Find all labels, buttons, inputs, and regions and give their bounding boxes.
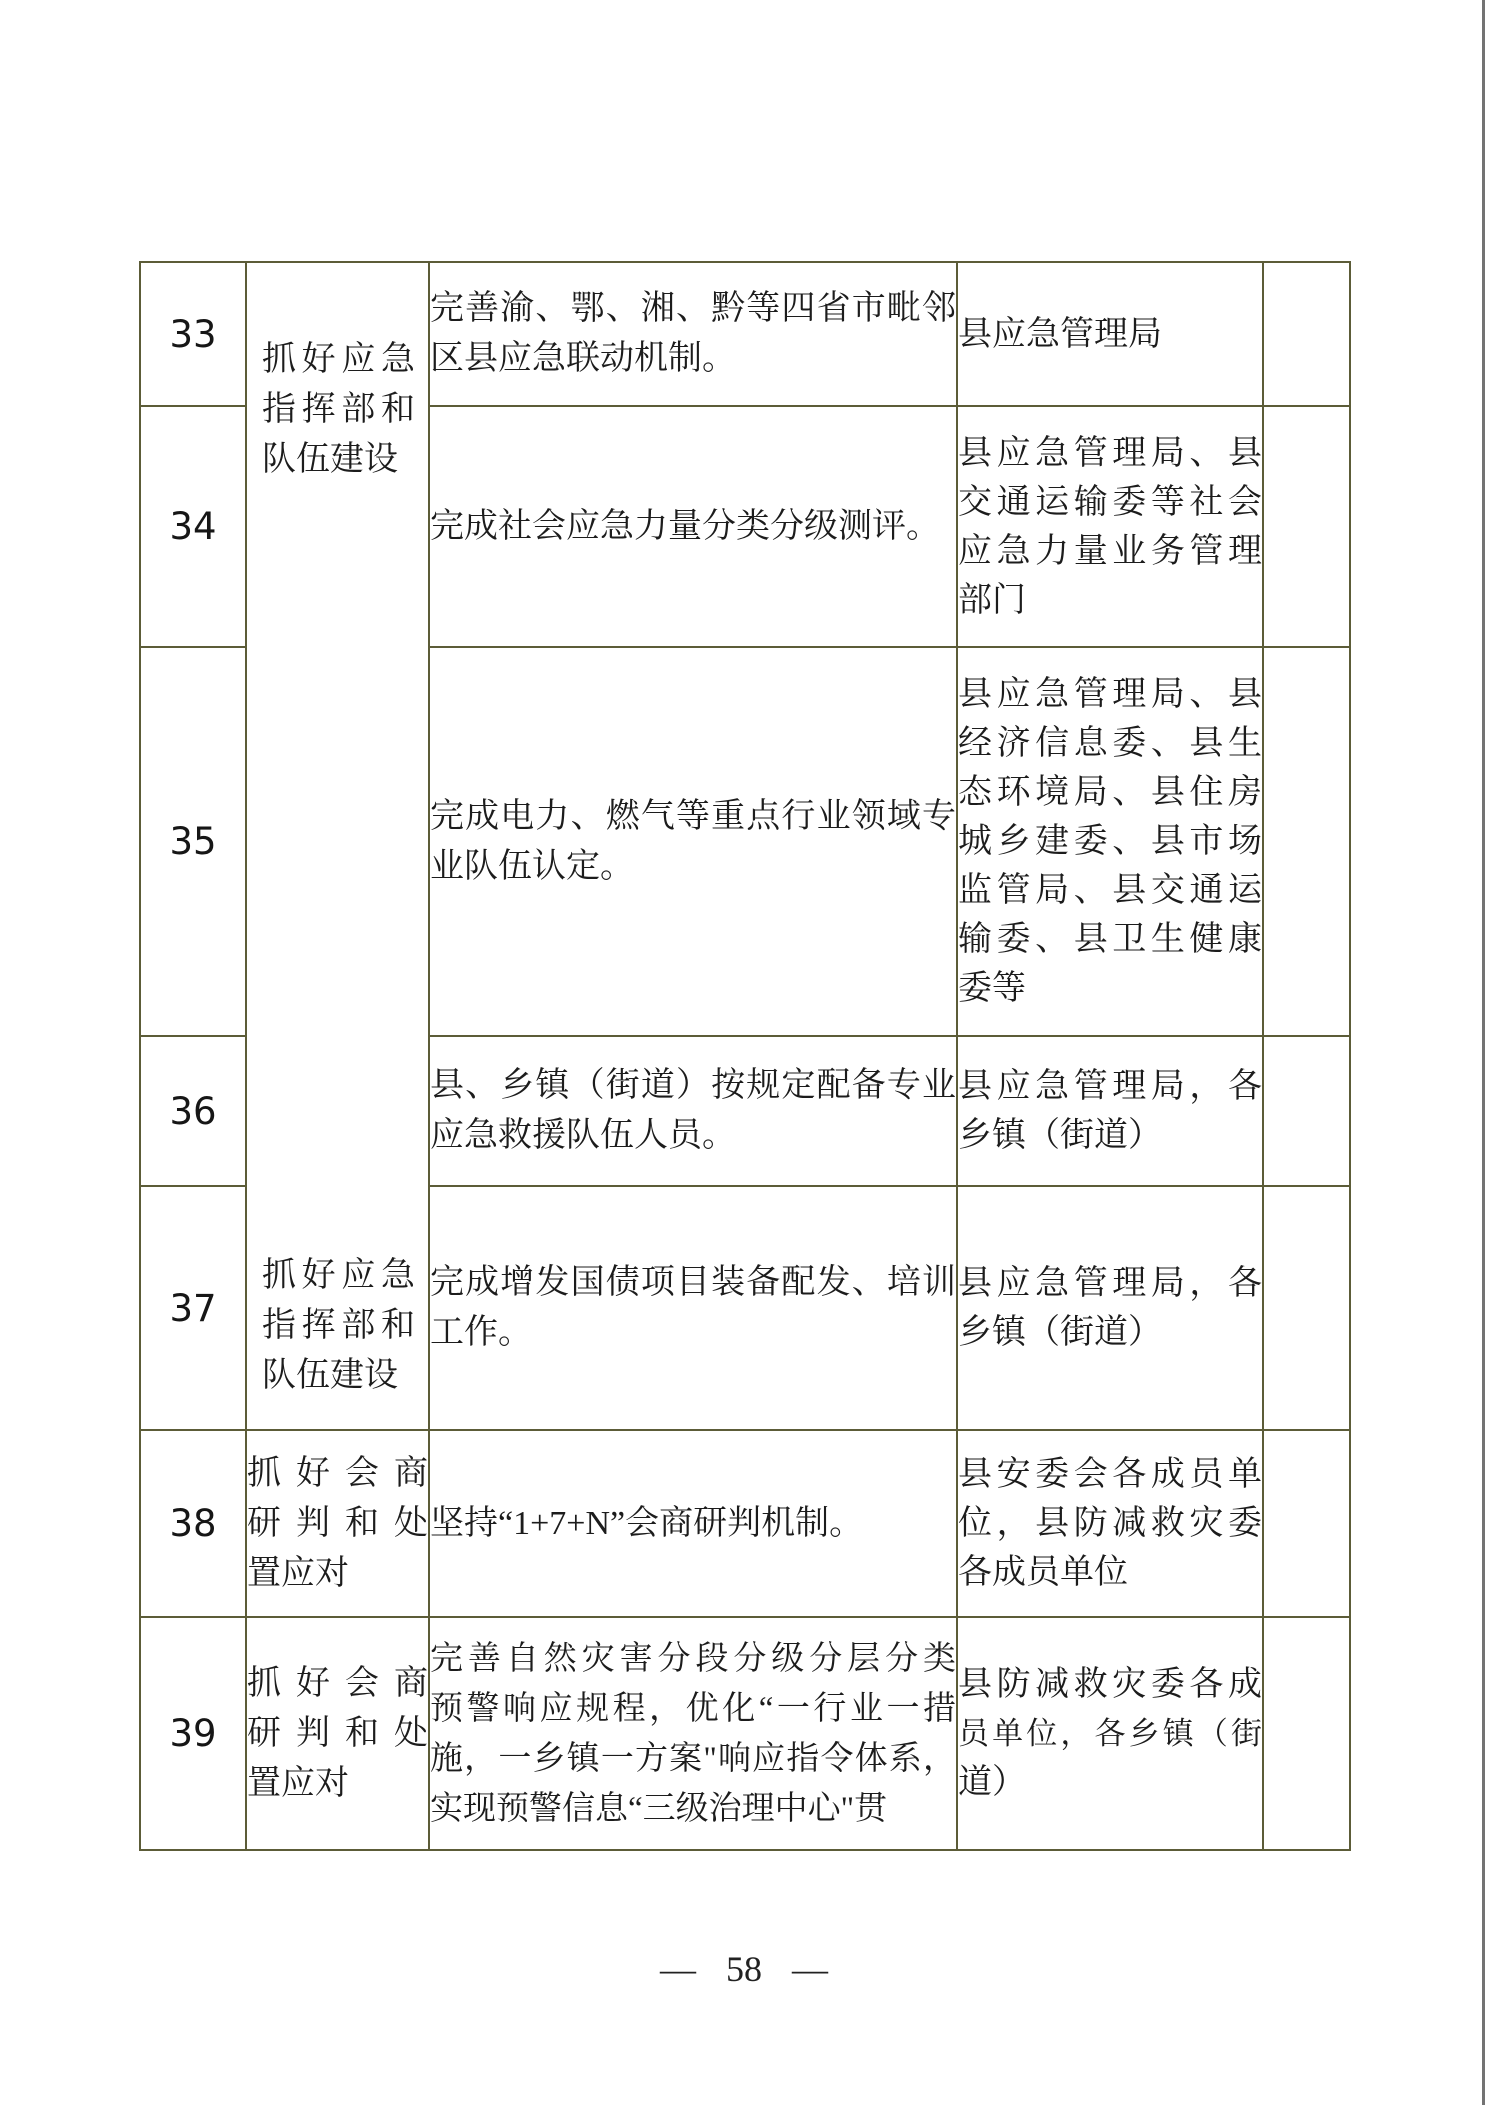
- task-cell: 坚持“1+7+N”会商研判机制。: [429, 1430, 957, 1617]
- serial-number: 34: [140, 406, 246, 647]
- responsible-line: 县应急管理局，各: [958, 1259, 1262, 1308]
- page-number: 58: [726, 1948, 762, 1990]
- responsible-line: 县应急管理局、县: [958, 429, 1262, 478]
- category-line: 指挥部和: [262, 385, 415, 435]
- task-cell: 完成增发国债项目装备配发、培训 工作。: [429, 1186, 957, 1430]
- document-page: 33 抓好应急 指挥部和 队伍建设 抓好应急 指挥部和 队伍建设 完善渝、鄂、湘…: [0, 0, 1488, 2105]
- remark-cell: [1263, 1617, 1350, 1850]
- category-cell-merged: 抓好应急 指挥部和 队伍建设 抓好应急 指挥部和 队伍建设: [246, 262, 429, 1430]
- responsible-line: 县应急管理局: [958, 310, 1262, 359]
- task-line: 预警响应规程，优化“一行业一措: [430, 1684, 956, 1734]
- remark-cell: [1263, 647, 1350, 1036]
- task-cell: 完成电力、燃气等重点行业领域专 业队伍认定。: [429, 647, 957, 1036]
- category-line: 队伍建设: [262, 435, 415, 485]
- responsible-line: 位，县防减救灾委: [958, 1499, 1262, 1548]
- responsible-line: 道）: [958, 1758, 1262, 1807]
- remark-cell: [1263, 1430, 1350, 1617]
- responsible-line: 应急力量业务管理: [958, 527, 1262, 576]
- responsible-cell: 县应急管理局、县 交通运输委等社会 应急力量业务管理 部门: [957, 406, 1263, 647]
- task-cell: 县、乡镇（街道）按规定配备专业 应急救援队伍人员。: [429, 1036, 957, 1186]
- task-assignment-table: 33 抓好应急 指挥部和 队伍建设 抓好应急 指挥部和 队伍建设 完善渝、鄂、湘…: [139, 261, 1351, 1851]
- category-line: 抓好应急: [262, 1251, 415, 1301]
- table-row-38: 38 抓好会商 研判和处 置应对 坚持“1+7+N”会商研判机制。 县安委会各成…: [140, 1430, 1350, 1617]
- task-line: 完成社会应急力量分类分级测评。: [430, 502, 956, 552]
- responsible-line: 输委、县卫生健康: [958, 915, 1262, 964]
- category-line: 抓好会商: [247, 1449, 428, 1499]
- category-line: 抓好会商: [247, 1659, 428, 1709]
- responsible-line: 部门: [958, 576, 1262, 625]
- category-text-top: 抓好应急 指挥部和 队伍建设: [262, 335, 415, 485]
- scan-edge-line: [1482, 0, 1485, 2105]
- task-cell: 完善自然灾害分段分级分层分类 预警响应规程，优化“一行业一措 施，一乡镇一方案"…: [429, 1617, 957, 1850]
- category-line: 研判和处: [247, 1499, 428, 1549]
- responsible-line: 城乡建委、县市场: [958, 817, 1262, 866]
- responsible-line: 县应急管理局，各: [958, 1062, 1262, 1111]
- responsible-cell: 县应急管理局、县 经济信息委、县生 态环境局、县住房 城乡建委、县市场 监管局、…: [957, 647, 1263, 1036]
- responsible-cell: 县应急管理局: [957, 262, 1263, 406]
- category-line: 置应对: [247, 1549, 428, 1599]
- footer-dash-left: —: [660, 1948, 696, 1990]
- responsible-line: 交通运输委等社会: [958, 478, 1262, 527]
- serial-number: 39: [140, 1617, 246, 1850]
- task-line: 业队伍认定。: [430, 842, 956, 892]
- category-line: 抓好应急: [262, 335, 415, 385]
- task-line: 应急救援队伍人员。: [430, 1111, 956, 1161]
- responsible-line: 乡镇（街道）: [958, 1308, 1262, 1357]
- task-line: 完善渝、鄂、湘、黔等四省市毗邻: [430, 284, 956, 334]
- responsible-line: 态环境局、县住房: [958, 768, 1262, 817]
- task-line: 完成增发国债项目装备配发、培训: [430, 1258, 956, 1308]
- category-line: 指挥部和: [262, 1301, 415, 1351]
- page-footer: — 58 —: [0, 1948, 1488, 1990]
- responsible-line: 监管局、县交通运: [958, 866, 1262, 915]
- category-line: 置应对: [247, 1759, 428, 1809]
- table-row-33: 33 抓好应急 指挥部和 队伍建设 抓好应急 指挥部和 队伍建设 完善渝、鄂、湘…: [140, 262, 1350, 406]
- serial-number: 38: [140, 1430, 246, 1617]
- category-line: 研判和处: [247, 1709, 428, 1759]
- responsible-line: 县应急管理局、县: [958, 670, 1262, 719]
- remark-cell: [1263, 406, 1350, 647]
- task-line: 工作。: [430, 1308, 956, 1358]
- task-line: 实现预警信息“三级治理中心"贯: [430, 1784, 956, 1834]
- responsible-line: 县安委会各成员单: [958, 1450, 1262, 1499]
- remark-cell: [1263, 262, 1350, 406]
- remark-cell: [1263, 1186, 1350, 1430]
- category-cell: 抓好会商 研判和处 置应对: [246, 1430, 429, 1617]
- responsible-cell: 县安委会各成员单 位，县防减救灾委 各成员单位: [957, 1430, 1263, 1617]
- responsible-cell: 县应急管理局，各 乡镇（街道）: [957, 1186, 1263, 1430]
- remark-cell: [1263, 1036, 1350, 1186]
- responsible-line: 员单位，各乡镇（街: [958, 1709, 1262, 1758]
- task-line: 坚持“1+7+N”会商研判机制。: [430, 1499, 956, 1549]
- responsible-cell: 县防减救灾委各成 员单位，各乡镇（街 道）: [957, 1617, 1263, 1850]
- serial-number: 36: [140, 1036, 246, 1186]
- table-row-39: 39 抓好会商 研判和处 置应对 完善自然灾害分段分级分层分类 预警响应规程，优…: [140, 1617, 1350, 1850]
- responsible-line: 县防减救灾委各成: [958, 1660, 1262, 1709]
- responsible-cell: 县应急管理局，各 乡镇（街道）: [957, 1036, 1263, 1186]
- responsible-line: 经济信息委、县生: [958, 719, 1262, 768]
- responsible-line: 乡镇（街道）: [958, 1111, 1262, 1160]
- task-line: 完善自然灾害分段分级分层分类: [430, 1634, 956, 1684]
- footer-dash-right: —: [792, 1948, 828, 1990]
- category-line: 队伍建设: [262, 1351, 415, 1401]
- responsible-line: 各成员单位: [958, 1548, 1262, 1597]
- task-line: 县、乡镇（街道）按规定配备专业: [430, 1061, 956, 1111]
- task-line: 完成电力、燃气等重点行业领域专: [430, 792, 956, 842]
- serial-number: 37: [140, 1186, 246, 1430]
- responsible-line: 委等: [958, 964, 1262, 1013]
- serial-number: 35: [140, 647, 246, 1036]
- task-line: 施，一乡镇一方案"响应指令体系，: [430, 1734, 956, 1784]
- task-cell: 完善渝、鄂、湘、黔等四省市毗邻 区县应急联动机制。: [429, 262, 957, 406]
- category-cell: 抓好会商 研判和处 置应对: [246, 1617, 429, 1850]
- task-cell: 完成社会应急力量分类分级测评。: [429, 406, 957, 647]
- category-text-bottom: 抓好应急 指挥部和 队伍建设: [262, 1251, 415, 1401]
- serial-number: 33: [140, 262, 246, 406]
- task-line: 区县应急联动机制。: [430, 334, 956, 384]
